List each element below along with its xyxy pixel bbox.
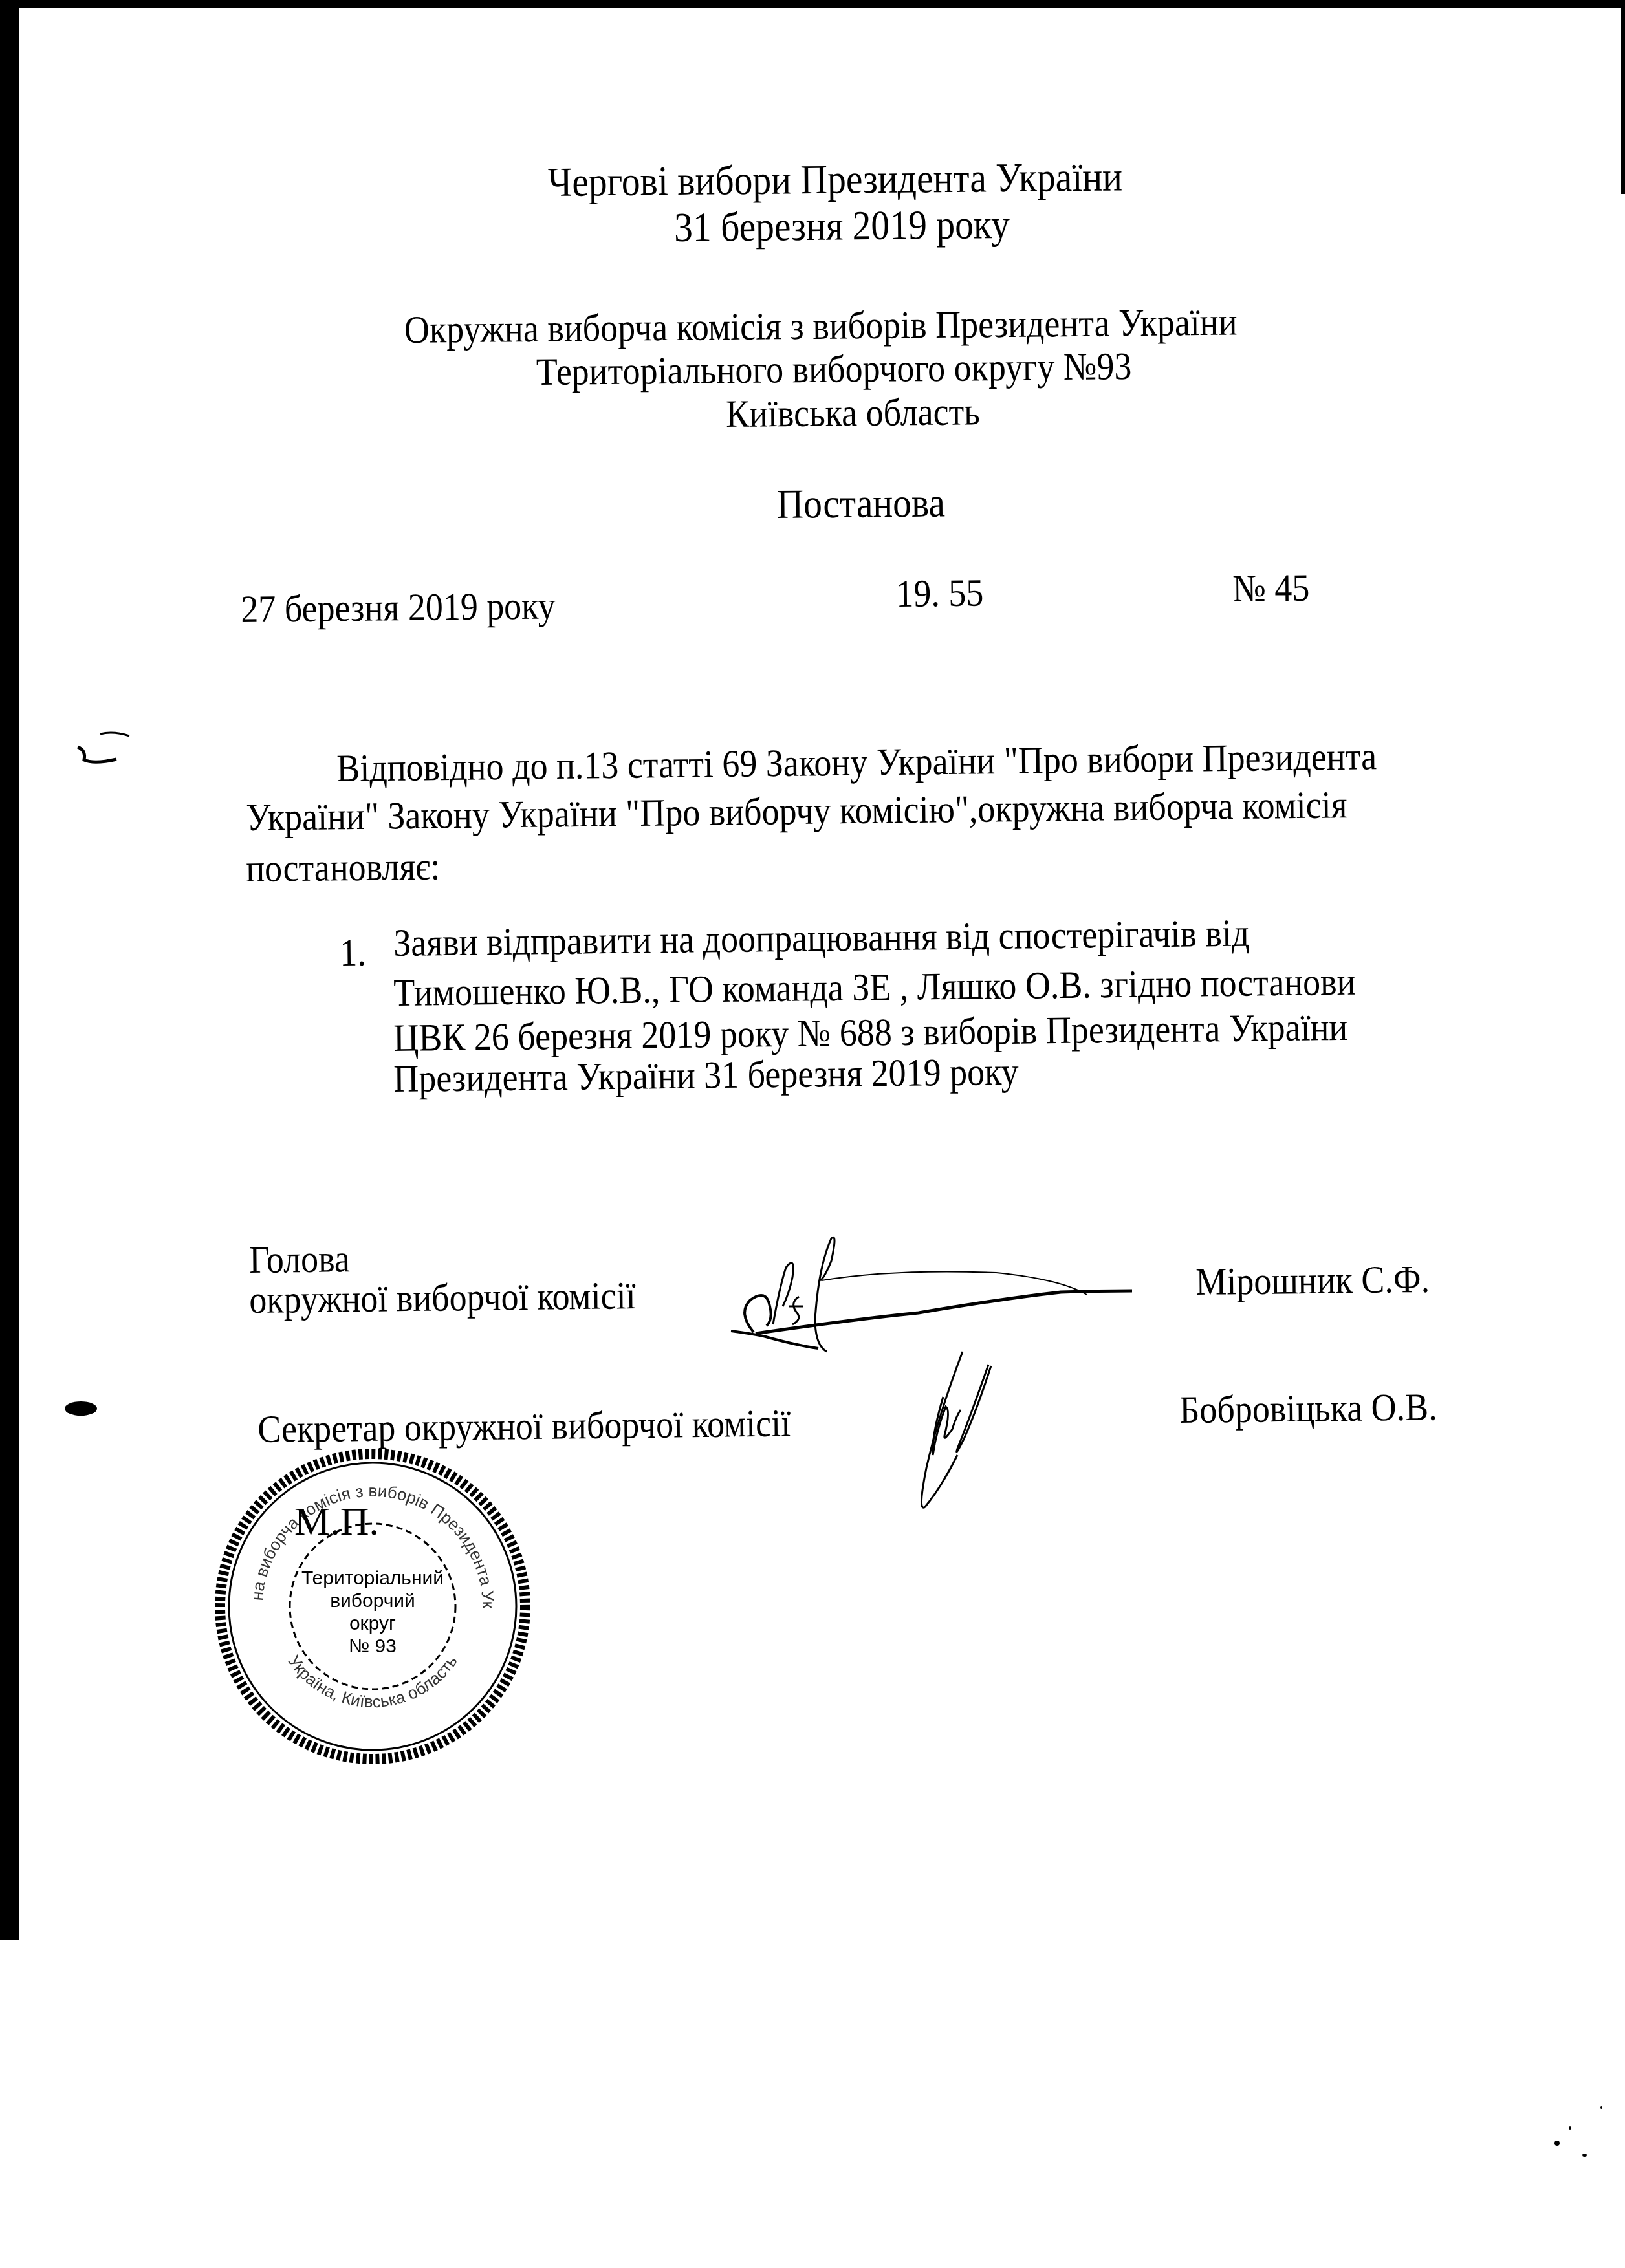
chair-title-line-1: Голова: [249, 1239, 350, 1279]
region-name: Київська область: [726, 392, 980, 433]
resolution-line-3: ЦВК 26 березня 2019 року № 688 з виборів…: [393, 1008, 1348, 1057]
seal-center-line-2: виборчий: [330, 1590, 415, 1612]
secretary-name: Бобровіцька О.В.: [1179, 1387, 1437, 1429]
chair-name: Мірошник С.Ф.: [1195, 1260, 1430, 1301]
commission-name: Окружна виборча комісія з виборів Презид…: [404, 303, 1238, 349]
seal-place-label: М.П.: [294, 1499, 379, 1545]
scan-speck: [1569, 2126, 1571, 2130]
preamble-line-2: України" Закону України "Про виборчу ком…: [246, 785, 1347, 837]
scan-artifact-mark: [74, 731, 139, 783]
election-title: Чергові вибори Президента України: [548, 156, 1123, 203]
resolution-number: № 45: [1232, 568, 1310, 608]
chair-signature: [725, 1216, 1216, 1371]
scan-speck: [1600, 2106, 1602, 2109]
resolution-line-2: Тимошенко Ю.В., ГО команда ЗЕ , Ляшко О.…: [393, 962, 1356, 1012]
preamble-line-3: постановляє:: [246, 847, 441, 888]
resolution-date: 27 березня 2019 року: [241, 586, 556, 629]
scanned-document-page: Чергові вибори Президента України 31 бер…: [0, 0, 1625, 2268]
scan-artifact-blob: [65, 1401, 97, 1416]
official-seal: Окружна виборча комісія з виборів Презид…: [213, 1447, 532, 1766]
seal-center-line-4: № 93: [349, 1636, 397, 1657]
scan-border-top: [0, 0, 1625, 8]
resolution-time: 19. 55: [896, 573, 984, 613]
resolution-line-4: Президента України 31 березня 2019 року: [393, 1052, 1019, 1098]
district-name: Територіального виборчого округу №93: [536, 347, 1132, 391]
secretary-signature: [906, 1352, 1035, 1520]
seal-center-line-1: Територіальний: [301, 1568, 444, 1589]
resolution-line-1: Заяви відправити на доопрацювання від сп…: [393, 914, 1250, 962]
scan-border-left: [0, 0, 19, 1940]
list-item-marker: 1.: [340, 933, 366, 972]
secretary-title: Секретар окружної виборчої комісії: [257, 1403, 791, 1449]
election-date: 31 березня 2019 року: [674, 204, 1010, 248]
document-type-title: Постанова: [776, 482, 945, 525]
preamble-line-1: Відповідно до п.13 статті 69 Закону Укра…: [336, 737, 1377, 788]
chair-title-line-2: окружної виборчої комісії: [249, 1276, 636, 1319]
seal-center-line-3: округ: [349, 1613, 396, 1634]
scan-speck: [1554, 2141, 1560, 2146]
scan-border-right: [1621, 0, 1625, 194]
scan-speck: [1582, 2154, 1587, 2157]
